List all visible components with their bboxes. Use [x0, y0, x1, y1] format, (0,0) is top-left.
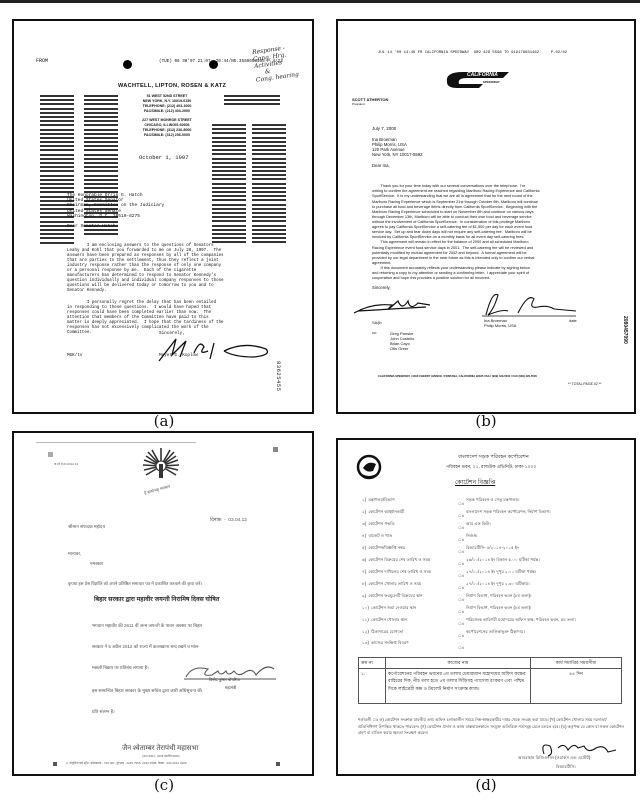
cc-list: Greg Panske John Costello Brian Cayo Oti…: [390, 331, 414, 351]
signer-name: আবরাহাম রিজিওনাল (ওয়ার্কস এন্ড এস্টেট): [518, 756, 590, 761]
sunburst-emblem-icon: [140, 446, 182, 486]
row-label: ১০) কোটেশন জমা দেওয়ার স্থান: [362, 606, 416, 611]
table-header: ক্রম নং: [359, 658, 386, 669]
footer-square-right: [276, 762, 280, 766]
row-value: নির্মাণ বিভাগ, পরিবহন ভবন (৮ম তলা)।: [466, 606, 532, 611]
row-value: সড়ক পরিবহন ও সেতু মন্ত্রণালয়।: [466, 498, 519, 503]
top-border: [0, 0, 640, 3]
document-panel-c: ज.श्वे.ते.स./2012-13 है सत्यं/मह भगवान द…: [12, 431, 314, 776]
signature: [154, 333, 274, 365]
greeting-2: नमस्कार: [90, 561, 103, 566]
row-value: আর এফ কিউ।: [466, 522, 491, 527]
bates-number: 2080457090: [622, 316, 628, 344]
partner-list-right2: [252, 124, 286, 245]
table-header: কার্য সমাপ্তির সময়সীমা: [531, 658, 622, 669]
notice-title: কোটেশন বিজ্ঞপ্তি: [455, 480, 495, 487]
document-panel-b: JUL 14 '00 14:46 FR CALIFORNIA SPEEDWAY …: [336, 19, 636, 414]
countersigner-signature: [478, 289, 578, 319]
row-label: ৫) কোটেশন/বিজ্ঞপ্তি নম্বর: [362, 546, 405, 551]
recipient-block: The Honorable Orrin G. Hatch United Stat…: [67, 193, 164, 219]
organization-name: जैन श्वेताम्बर तेरापंथी महासभा: [122, 745, 198, 753]
brtc-logo-icon: [356, 454, 382, 480]
handwritten-note: Response - Cong. Hrg. Activities & Cong.…: [252, 44, 300, 84]
row-label: ১) মন্ত্রণালয়/বিভাগ: [362, 498, 395, 503]
document-panel-a: FROM (TUE) 06 30'97 21:07 20:44/NO.35606…: [12, 19, 314, 414]
row-label: ৭) কোটেশন দাখিলের শেষ তারিখ ও সময়: [362, 570, 431, 575]
row-value: ২৭/১০/২০১৪ ইং দুপুর ২.০০ ঘটিকা পর্যন্ত।: [466, 570, 536, 575]
row-value: বিআরটিসি- ৪/২০১৪-২০১৫ ইং: [466, 546, 519, 551]
document-panel-d: বাংলাদেশ সড়ক পরিবহন কর্পোরেশন পরিবহন ভব…: [336, 438, 636, 776]
work-table: ক্রম নং কাজের নাম কার্য সমাপ্তির সময়সীম…: [358, 657, 622, 704]
salutation: Dear Ina,: [372, 164, 390, 169]
closing: Sincerely,: [372, 286, 391, 291]
sender-title: President: [352, 103, 365, 106]
caption-d: (d): [466, 776, 506, 794]
row-value: ২৬/১০/২০১৪ ইং বিকাল ৫.০০ ঘটিকা পর্যন্ত।: [466, 558, 540, 563]
top-rule: [36, 442, 196, 443]
total-pages: ** TOTAL PAGE.02 **: [568, 383, 601, 387]
row-label: ১১) কোটেশন খোলার স্থান: [362, 618, 407, 623]
row-label: ৯) কোটেশন ফরমুলেটি বিক্রয়ের স্থান: [362, 594, 423, 599]
fax-from: FROM: [36, 59, 48, 65]
row-value: বাংলাদেশ সড়ক পরিবহন কর্পোরেশন, নির্মাণ …: [466, 510, 551, 515]
table-header-row: ক্রম নং কাজের নাম কার্য সমাপ্তির সময়সীম…: [359, 658, 622, 669]
bates-number: 83625455: [275, 361, 282, 391]
table-row: ১. কর্পোরেশনের পরিবহন ভবনের ৫ম তলায় চেয…: [359, 669, 622, 704]
row-value: নিজস্ব।: [466, 534, 478, 539]
address-footer: 3, पोर्चुगीज चर्च स्ट्रीट, कोलकाता - 700…: [66, 762, 187, 765]
request-line: कृपया इस प्रेस विज्ञप्ति को अपने प्रतिष्…: [68, 582, 202, 587]
table-header: কাজের নাম: [386, 658, 531, 669]
caption-b: (b): [466, 412, 506, 430]
punch-hole: [123, 60, 132, 69]
row-value: পরিচালক কারিগরী মহোদয়ের অফিস কক্ষ, পরিব…: [466, 618, 576, 623]
organization-subtitle: (ISO 9001 : 2008 प्रमाणित संस्था): [142, 755, 180, 758]
organization-address: পরিবহন ভবন, ২১, রাজউক এভিনিউ, ঢাকা-১০০০: [446, 464, 536, 469]
reference-number: ज.श्वे.ते.स./2012-13: [54, 463, 78, 466]
partner-list-right: [212, 124, 246, 245]
signer-title: বিআরটিসি।: [556, 765, 576, 770]
firm-name: WACHTELL, LIPTON, ROSEN & KATZ: [118, 83, 226, 89]
greeting-1: मान्यवर,: [68, 551, 81, 556]
counsel-list: [224, 95, 280, 108]
caption-c: (c): [144, 776, 184, 794]
letter-date: October 1, 1997: [139, 155, 189, 161]
corner-mark: [273, 447, 278, 452]
sender-signature: [352, 293, 432, 317]
initials: MGK/tv: [67, 354, 82, 359]
row-label: ২) কোটেশন আহ্বানকারী: [362, 510, 405, 515]
firm-address: 51 WEST 52ND STREET NEW YORK, N.Y. 10019…: [132, 94, 202, 138]
date-label: दिनांक - 03.04.12: [210, 518, 247, 523]
row-label: ৮) কোটেশন খোলার তারিখ ও সময়: [362, 582, 421, 587]
cc-label: cc:: [372, 331, 377, 335]
row-label: ৪) বাজেট ও খাত: [362, 534, 392, 539]
colon-column: ঃঃঃঃঃঃঃঃঃঃঃঃঃ: [458, 498, 464, 654]
letter-date: July 7, 2000: [372, 126, 396, 131]
table-cell: ৪৫ দিন: [531, 669, 622, 704]
salutation: Dear Senator Hatch:: [67, 224, 118, 229]
table-cell: ১.: [359, 669, 386, 704]
row-value: নির্মাণ বিভাগ, পরিবহন ভবন (৮ম তলা)।: [466, 594, 532, 599]
letter-body: Thank you for your time today with our s…: [372, 174, 540, 292]
row-value: কর্পোরেশনের তালিকাভুক্ত ঠিকাদার।: [466, 630, 525, 635]
speedway-logo: CALIFORNIA SPEEDWAY: [443, 68, 513, 90]
row-value: ২৭/১০/২০১৪ ইং দুপুর ২.৩০ ঘটিকায়।: [466, 582, 530, 587]
footer-square-left: [53, 762, 57, 766]
corner-mark: [48, 452, 53, 457]
press-heading: बिहार सरकार द्वारा महावीर जयन्ती निरामिष…: [94, 597, 219, 604]
terms-paragraph: শর্তাবলী ঃ ক) কোটেশন সংক্রান্ত যাবতীয় ত…: [358, 717, 624, 737]
letterhead-footer: CALIFORNIA SPEEDWAY / 9300 CHERRY AVENUE…: [378, 375, 537, 378]
date-label: date: [569, 319, 577, 323]
addressee: श्रीमान संपादक महोदय: [68, 524, 105, 529]
caption-a: (a): [144, 412, 184, 430]
signer-name: विनोद कुमार बोथरिया: [209, 678, 240, 682]
row-label: ৩) কোটেশন পদ্ধতি: [362, 522, 395, 527]
row-label: ১৩) কাজের সংক্ষিপ্ত বিবরণ: [362, 641, 409, 646]
recipient-block: Ina Broeman Philip Morris, USA 120 Park …: [372, 137, 423, 158]
emblem-motto: है सत्यं/मह भगवान: [144, 485, 171, 496]
initials: SA/jb: [372, 321, 382, 325]
fax-header: JUL 14 '00 14:46 FR CALIFORNIA SPEEDWAY …: [378, 51, 567, 55]
organization-name: বাংলাদেশ সড়ক পরিবহন কর্পোরেশন: [458, 455, 529, 461]
row-label: ৬) কোটেশন বিক্রয়ের শেষ তারিখ ও সময়: [362, 558, 430, 563]
countersigner-block: Ina Broeman Philip Morris, USA: [484, 319, 516, 329]
table-cell: কর্পোরেশনের পরিবহন ভবনের ৫ম তলায় চেয়ার…: [386, 669, 531, 704]
signer-name: Meyer G. Koplow: [159, 354, 198, 359]
signer-title: महामंत्री: [225, 686, 236, 690]
row-label: ১২) ঠিকাদারের যোগ্যতা: [362, 630, 403, 635]
